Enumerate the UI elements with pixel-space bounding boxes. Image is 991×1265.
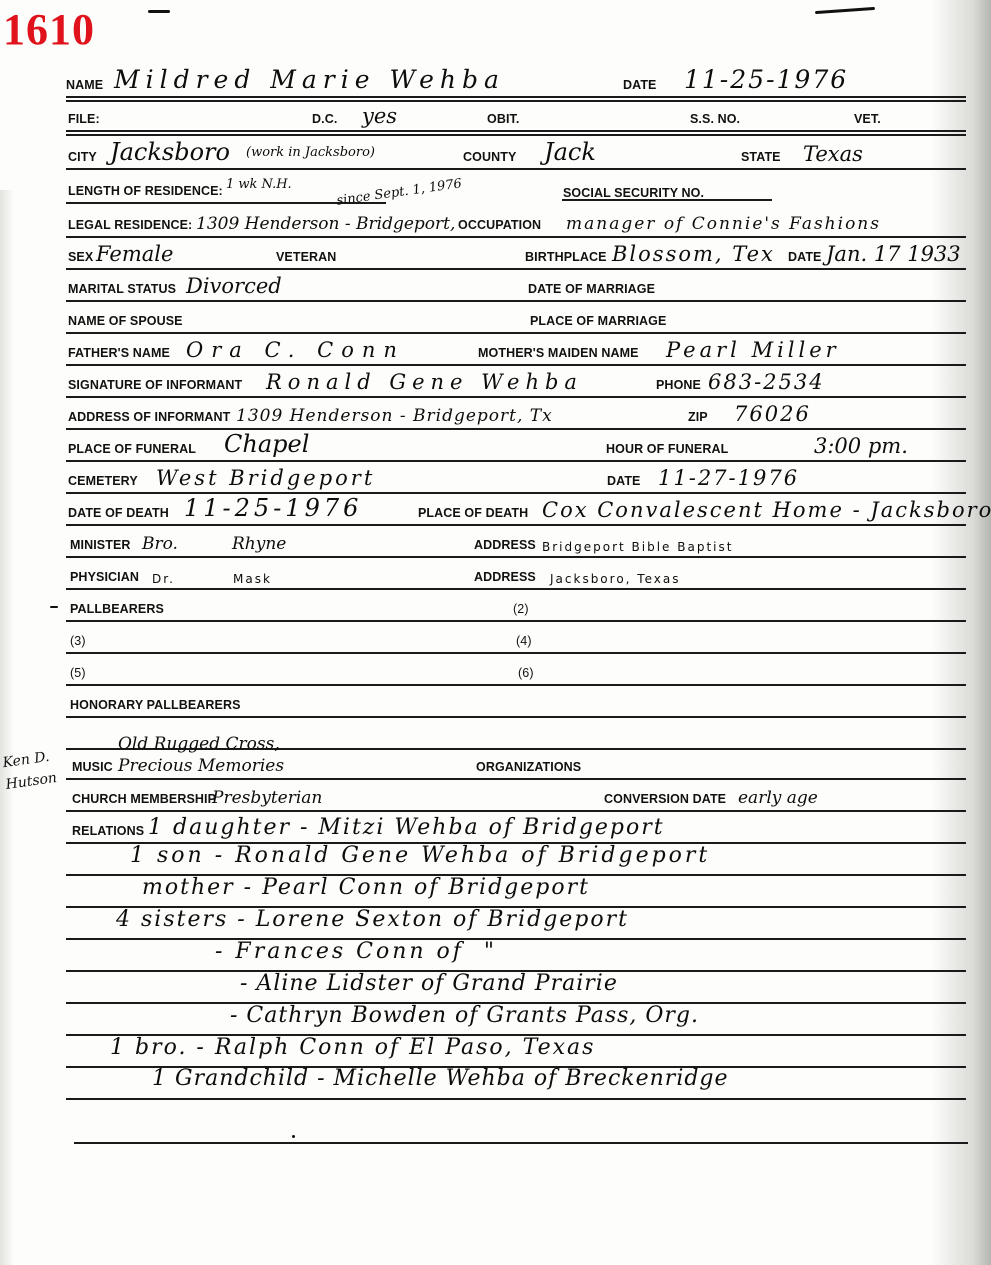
- file-label: FILE:: [68, 112, 100, 126]
- place-of-death-value[interactable]: Cox Convalescent Home - Jacksboro, Tx: [542, 498, 991, 522]
- row-sex: SEX Female VETERAN BIRTHPLACE Blossom, T…: [66, 238, 966, 268]
- occupation-value[interactable]: manager of Connie's Fashions: [566, 214, 881, 234]
- relation-line[interactable]: 4 sisters - Lorene Sexton of Bridgeport: [116, 907, 629, 932]
- row-relations: RELATIONS 1 daughter - Mitzi Wehba of Br…: [66, 812, 966, 842]
- pallbearer-slot-3: (3): [70, 634, 86, 648]
- pallbearer-slot-6: (6): [518, 666, 534, 680]
- hour-of-funeral-label: HOUR OF FUNERAL: [606, 442, 728, 456]
- honorary-pallbearers-label: HONORARY PALLBEARERS: [70, 698, 241, 712]
- legal-residence-value[interactable]: 1309 Henderson - Bridgeport,: [196, 214, 455, 234]
- music-value[interactable]: Precious Memories: [118, 756, 284, 776]
- physician-label: PHYSICIAN: [70, 570, 139, 584]
- rule: [66, 938, 966, 940]
- length-of-residence-value[interactable]: 1 wk N.H.: [226, 177, 292, 192]
- marital-status-label: MARITAL STATUS: [68, 282, 176, 296]
- fathers-name-value[interactable]: Ora C. Conn: [186, 338, 405, 362]
- relation-line[interactable]: 1 son - Ronald Gene Wehba of Bridgeport: [130, 843, 710, 868]
- pallbearer-slot-2: (2): [513, 602, 529, 616]
- relation-line[interactable]: 1 daughter - Mitzi Wehba of Bridgeport: [148, 815, 665, 840]
- physician-address-label: ADDRESS: [474, 570, 536, 584]
- relation-line[interactable]: 1 Grandchild - Michelle Wehba of Brecken…: [152, 1066, 729, 1091]
- funeral-date-label: DATE: [607, 474, 641, 488]
- church-membership-label: CHURCH MEMBERSHIP: [72, 792, 216, 806]
- scan-left-shadow: [0, 190, 14, 1265]
- stray-mark: [815, 7, 875, 14]
- row-pallbearers-3: (5) (6): [66, 654, 966, 684]
- rule: [66, 130, 966, 132]
- rule: [66, 96, 966, 98]
- signature-of-informant-label: SIGNATURE OF INFORMANT: [68, 378, 242, 392]
- sex-label: SEX: [68, 250, 93, 264]
- record-number: 1610: [3, 4, 95, 55]
- cemetery-label: CEMETERY: [68, 474, 138, 488]
- state-label: STATE: [741, 150, 781, 164]
- date-label: DATE: [623, 78, 657, 92]
- pallbearers-label: PALLBEARERS: [70, 602, 164, 616]
- minister-label: MINISTER: [70, 538, 131, 552]
- dc-label: D.C.: [312, 112, 337, 126]
- name-label: NAME: [66, 78, 103, 92]
- birthplace-value[interactable]: Blossom, Tex: [612, 242, 775, 266]
- physician-value[interactable]: Dr. Mask: [152, 572, 272, 586]
- rule: [74, 1142, 968, 1144]
- row-informant-address: ADDRESS OF INFORMANT 1309 Henderson - Br…: [66, 398, 966, 428]
- rule: [66, 1098, 966, 1100]
- obit-label: OBIT.: [487, 112, 519, 126]
- county-value[interactable]: Jack: [544, 138, 596, 166]
- hour-of-funeral-value[interactable]: 3:00 pm.: [814, 434, 908, 458]
- county-label: COUNTY: [463, 150, 516, 164]
- date-of-death-label: DATE OF DEATH: [68, 506, 169, 520]
- row-marital-status: MARITAL STATUS Divorced DATE OF MARRIAGE: [66, 270, 966, 300]
- address-of-informant-label: ADDRESS OF INFORMANT: [68, 410, 230, 424]
- birthplace-label: BIRTHPLACE: [525, 250, 607, 264]
- cemetery-value[interactable]: West Bridgeport: [156, 466, 375, 490]
- zip-label: ZIP: [688, 410, 708, 424]
- relation-line[interactable]: - Aline Lidster of Grand Prairie: [240, 971, 618, 996]
- state-value[interactable]: Texas: [803, 142, 863, 166]
- physician-address-value[interactable]: Jacksboro, Texas: [550, 572, 680, 586]
- organizations-label: ORGANIZATIONS: [476, 760, 581, 774]
- veteran-label: VETERAN: [276, 250, 336, 264]
- row-church: CHURCH MEMBERSHIP Presbyterian CONVERSIO…: [66, 780, 966, 810]
- mothers-maiden-name-label: MOTHER'S MAIDEN NAME: [478, 346, 639, 360]
- city-label: CITY: [68, 150, 97, 164]
- row-informant: SIGNATURE OF INFORMANT Ronald Gene Wehba…: [66, 366, 966, 396]
- social-security-label: SOCIAL SECURITY NO.: [563, 186, 704, 200]
- length-of-residence-label: LENGTH OF RESIDENCE:: [68, 184, 223, 198]
- marital-status-value[interactable]: Divorced: [186, 274, 282, 298]
- minister-address-label: ADDRESS: [474, 538, 536, 552]
- relations-label: RELATIONS: [72, 824, 144, 838]
- row-length-of-residence: LENGTH OF RESIDENCE: 1 wk N.H. since Sep…: [66, 172, 966, 202]
- row-physician: PHYSICIAN Dr. Mask ADDRESS Jacksboro, Te…: [66, 558, 966, 588]
- row-file: FILE: D.C. yes OBIT. S.S. NO. VET.: [66, 100, 966, 130]
- margin-note: Ken D. Hutson: [1, 744, 67, 796]
- row-name: NAME Mildred Marie Wehba DATE 11-25-1976: [66, 66, 966, 96]
- phone-value[interactable]: 683-2534: [708, 370, 825, 394]
- mothers-maiden-name-value[interactable]: Pearl Miller: [666, 338, 840, 362]
- relation-line[interactable]: - Cathryn Bowden of Grants Pass, Org.: [230, 1003, 699, 1028]
- place-of-funeral-label: PLACE OF FUNERAL: [68, 442, 196, 456]
- vet-label: VET.: [854, 112, 881, 126]
- rule: [66, 716, 966, 718]
- legal-residence-label: LEGAL RESIDENCE:: [68, 218, 192, 232]
- row-legal-residence: LEGAL RESIDENCE: 1309 Henderson - Bridge…: [66, 206, 966, 236]
- row-spouse: NAME OF SPOUSE PLACE OF MARRIAGE: [66, 302, 966, 332]
- funeral-date-value[interactable]: 11-27-1976: [658, 466, 799, 490]
- city-value[interactable]: Jacksboro: [110, 138, 230, 166]
- row-city: CITY Jacksboro (work in Jacksboro) COUNT…: [66, 138, 966, 168]
- music-label: MUSIC: [72, 760, 113, 774]
- pallbearer-slot-5: (5): [70, 666, 86, 680]
- zip-value[interactable]: 76026: [734, 402, 811, 426]
- row-minister: MINISTER Bro. Rhyne ADDRESS Bridgeport B…: [66, 526, 966, 556]
- signature-of-informant-value[interactable]: Ronald Gene Wehba: [266, 370, 583, 394]
- stray-mark: [292, 1135, 295, 1138]
- phone-label: PHONE: [656, 378, 701, 392]
- date-of-marriage-label: DATE OF MARRIAGE: [528, 282, 655, 296]
- conversion-date-value[interactable]: early age: [738, 788, 818, 808]
- occupation-label: OCCUPATION: [458, 218, 541, 232]
- address-of-informant-value[interactable]: 1309 Henderson - Bridgeport, Tx: [236, 406, 553, 426]
- row-death: DATE OF DEATH 11-25-1976 PLACE OF DEATH …: [66, 494, 966, 524]
- sex-value[interactable]: Female: [96, 242, 173, 266]
- row-pallbearers-1: PALLBEARERS (2): [66, 590, 966, 620]
- row-music: MUSIC Precious Memories ORGANIZATIONS: [66, 748, 966, 778]
- church-membership-value[interactable]: Presbyterian: [212, 788, 322, 808]
- minister-value[interactable]: Bro. Rhyne: [142, 534, 286, 554]
- stray-mark: [148, 10, 170, 13]
- ss-no-label: S.S. NO.: [690, 112, 740, 126]
- row-honorary-pallbearers: HONORARY PALLBEARERS: [66, 686, 966, 716]
- fathers-name-label: FATHER'S NAME: [68, 346, 170, 360]
- relation-line[interactable]: mother - Pearl Conn of Bridgeport: [142, 875, 590, 900]
- date-value[interactable]: 11-25-1976: [684, 65, 848, 94]
- row-funeral: PLACE OF FUNERAL Chapel HOUR OF FUNERAL …: [66, 430, 966, 460]
- minister-address-value[interactable]: Bridgeport Bible Baptist: [542, 540, 733, 554]
- birth-date-value[interactable]: Jan. 17 1933: [826, 242, 961, 266]
- birth-date-label: DATE: [788, 250, 822, 264]
- city-note: (work in Jacksboro): [246, 145, 375, 160]
- dc-value[interactable]: yes: [362, 104, 397, 128]
- pallbearer-slot-4: (4): [516, 634, 532, 648]
- rule: [66, 168, 966, 170]
- place-of-death-label: PLACE OF DEATH: [418, 506, 528, 520]
- length-of-residence-note: since Sept. 1, 1976: [336, 176, 463, 208]
- conversion-date-label: CONVERSION DATE: [604, 792, 726, 806]
- relation-line[interactable]: 1 bro. - Ralph Conn of El Paso, Texas: [110, 1035, 595, 1060]
- name-value[interactable]: Mildred Marie Wehba: [114, 65, 505, 94]
- dash-mark: [50, 606, 58, 608]
- date-of-death-value[interactable]: 11-25-1976: [184, 494, 362, 522]
- place-of-marriage-label: PLACE OF MARRIAGE: [530, 314, 666, 328]
- row-pallbearers-2: (3) (4): [66, 622, 966, 652]
- row-cemetery: CEMETERY West Bridgeport DATE 11-27-1976: [66, 462, 966, 492]
- relation-line[interactable]: - Frances Conn of ": [215, 939, 497, 964]
- row-parents: FATHER'S NAME Ora C. Conn MOTHER'S MAIDE…: [66, 334, 966, 364]
- name-of-spouse-label: NAME OF SPOUSE: [68, 314, 183, 328]
- place-of-funeral-value[interactable]: Chapel: [224, 430, 309, 458]
